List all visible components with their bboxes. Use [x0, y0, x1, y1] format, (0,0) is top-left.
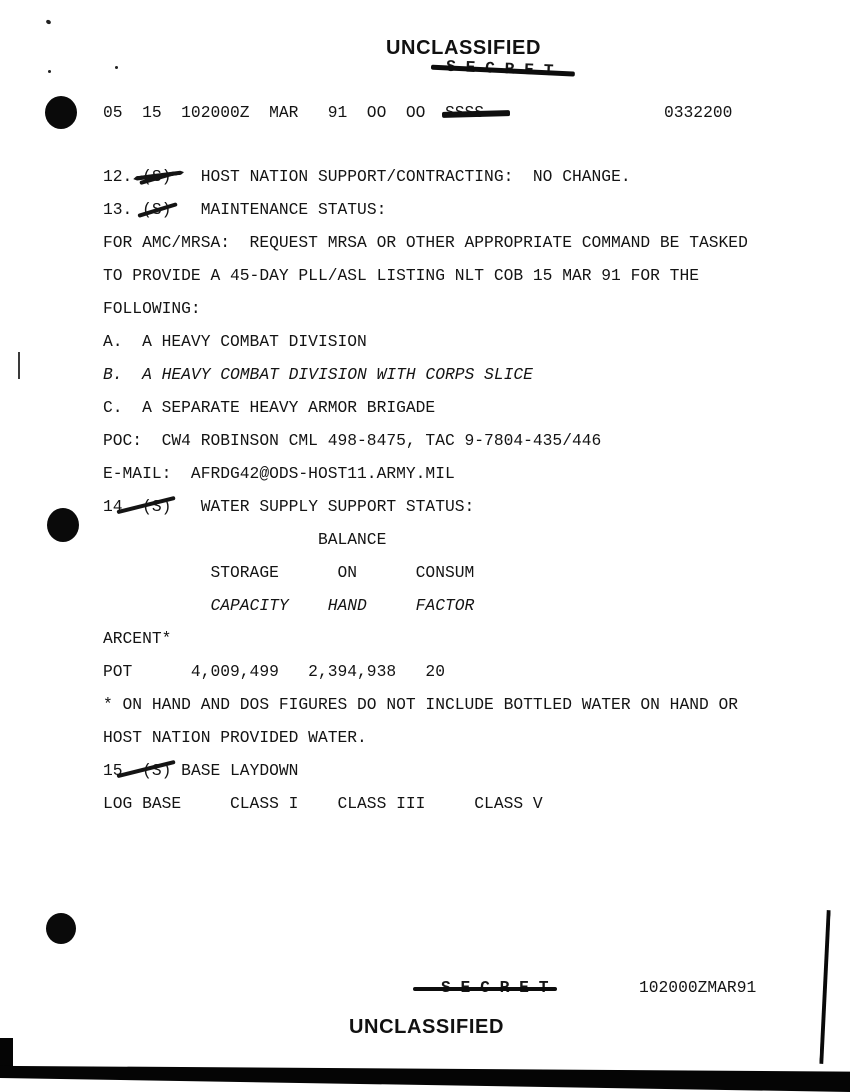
footnote-line-2: HOST NATION PROVIDED WATER. [103, 721, 748, 754]
unclassified-stamp-bottom: UNCLASSIFIED [349, 1016, 504, 1039]
scan-speck [48, 70, 51, 73]
para-15-base-laydown: 15. (S) BASE LAYDOWN [103, 754, 748, 787]
water-table-header-row-2: CAPACITY HAND FACTOR [103, 589, 748, 622]
scan-speck [115, 66, 118, 69]
para-text: HOST NATION SUPPORT/CONTRACTING: NO CHAN… [171, 167, 630, 186]
para-text: MAINTENANCE STATUS: [171, 200, 386, 219]
para-text: BASE LAYDOWN [171, 761, 298, 780]
footnote-line-1: * ON HAND AND DOS FIGURES DO NOT INCLUDE… [103, 688, 748, 721]
header-struck-code: SSSS [445, 103, 484, 122]
poc-line: POC: CW4 ROBINSON CML 498-8475, TAC 9-78… [103, 424, 748, 457]
water-table-pot-row: POT 4,009,499 2,394,938 20 [103, 655, 748, 688]
para-13-maintenance: 13. (S) MAINTENANCE STATUS: [103, 193, 748, 226]
email-line: E-MAIL: AFRDG42@ODS-HOST11.ARMY.MIL [103, 457, 748, 490]
secret-marking-bottom-struck: S E C R E T [441, 978, 548, 997]
scan-edge-mark [18, 352, 20, 379]
para-number: 13. [103, 200, 142, 219]
para-text: WATER SUPPLY SUPPORT STATUS: [171, 497, 474, 516]
para-14-water-supply: 14. (S) WATER SUPPLY SUPPORT STATUS: [103, 490, 748, 523]
amc-request-line-2: TO PROVIDE A 45-DAY PLL/ASL LISTING NLT … [103, 259, 748, 292]
base-laydown-header-row: LOG BASE CLASS I CLASS III CLASS V [103, 787, 748, 820]
water-table-header-row-1: STORAGE ON CONSUM [103, 556, 748, 589]
amc-request-line-3: FOLLOWING: [103, 292, 748, 325]
message-body: 12. (S) HOST NATION SUPPORT/CONTRACTING:… [103, 160, 748, 820]
bottom-date-time-group: 102000ZMAR91 [639, 978, 756, 997]
para-12-host-nation: 12. (S) HOST NATION SUPPORT/CONTRACTING:… [103, 160, 748, 193]
scan-right-edge-line [819, 910, 830, 1064]
classification-mark-struck: (S) [142, 754, 171, 787]
scan-bottom-bar [0, 1058, 850, 1092]
punch-hole-bottom [46, 913, 76, 944]
classification-mark-struck: (S) [142, 160, 171, 193]
subitem-c: C. A SEPARATE HEAVY ARMOR BRIGADE [103, 391, 748, 424]
classification-mark-struck: (S) [142, 490, 171, 523]
classification-mark-struck: (S) [142, 193, 171, 226]
punch-hole-middle [47, 508, 79, 542]
water-table-balance-header: BALANCE [103, 523, 748, 556]
subitem-b: B. A HEAVY COMBAT DIVISION WITH CORPS SL… [103, 358, 748, 391]
punch-hole-top [45, 96, 77, 129]
subitem-a: A. A HEAVY COMBAT DIVISION [103, 325, 748, 358]
message-header-line: 05 15 102000Z MAR 91 OO OO SSSS [103, 103, 484, 122]
header-serial-number: 0332200 [664, 103, 732, 122]
water-table-org-row: ARCENT* [103, 622, 748, 655]
scan-speck [45, 19, 51, 25]
amc-request-line-1: FOR AMC/MRSA: REQUEST MRSA OR OTHER APPR… [103, 226, 748, 259]
secret-marking-top-struck: S E C R E T [446, 57, 554, 80]
header-dtg-fields: 05 15 102000Z MAR 91 OO OO [103, 103, 445, 122]
document-page: UNCLASSIFIED S E C R E T 05 15 102000Z M… [0, 0, 850, 1092]
